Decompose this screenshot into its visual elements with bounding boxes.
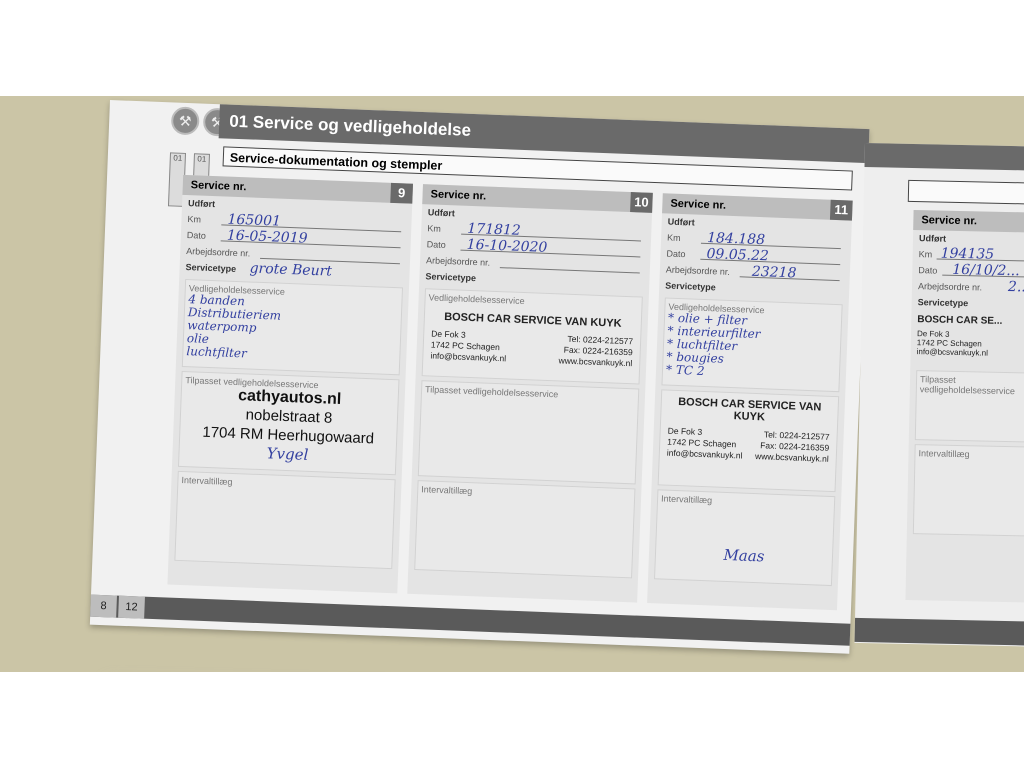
adapted-maintenance-field: Tilpasset vedligeholdelsesservice [418, 380, 640, 484]
service-nr-label: Service nr. [670, 198, 726, 212]
service-card-10: Service nr.10 Udført Km171812 Dato16-10-… [407, 184, 653, 603]
field-label: Intervaltillæg [661, 493, 831, 510]
udfort-label: Udført [188, 198, 215, 209]
field-label: Tilpasset vedligeholdelsesservice [920, 374, 1024, 396]
field-label: Intervaltillæg [918, 448, 1024, 460]
service-nr-label: Service nr. [921, 214, 977, 227]
service-card-11: Service nr.11 Udført Km184.188 Dato09.05… [647, 193, 853, 610]
km-label: Km [187, 214, 201, 225]
servicetype-label: Servicetype [918, 297, 969, 308]
service-nr-label: Service nr. [430, 188, 486, 202]
work-order-label: Arbejdsordre nr. [426, 255, 490, 267]
interval-field: Intervaltillæg [174, 471, 395, 569]
dealer-stamp: BOSCH CAR SERVICE VAN KUYK De Fok 31742 … [426, 310, 638, 369]
page-number: 12 [118, 596, 145, 619]
date-label: Dato [666, 248, 685, 259]
field-label: Intervaltillæg [181, 475, 391, 493]
stamp-email: info@bcsvankuyk.nl [430, 350, 506, 364]
udfort-label: Udført [428, 207, 455, 218]
adapted-maintenance-field: Tilpasset vedligeholdelsesservice cathya… [178, 371, 400, 475]
service-card-9: Service nr.9 Udført Km165001 Dato16-05-2… [167, 175, 413, 594]
date-label: Dato [427, 239, 446, 250]
maintenance-field: Vedligeholdelsesservice BOSCH CAR SERVIC… [422, 288, 643, 384]
interval-field: Intervaltillæg Maas [654, 489, 835, 586]
stamp-web: www.bcsvankuyk.nl [558, 355, 632, 369]
stamp-name: BOSCH CAR SERVICE VAN KUYK [664, 396, 835, 427]
udfort-label: Udført [919, 233, 946, 244]
work-order-value: 23218 [752, 264, 797, 282]
date-label: Dato [918, 265, 937, 275]
date-value: 16-10-2020 [466, 237, 547, 256]
stamp-name: BOSCH CAR SE... [917, 314, 1024, 328]
date-label: Dato [187, 230, 206, 241]
km-label: Km [919, 249, 933, 259]
booklet-left-page: ⚒ ⚒ 01 Service og vedligeholdelse Servic… [90, 100, 870, 654]
adapted-maintenance-field: Tilpasset vedligeholdelsesservice [915, 370, 1024, 442]
maintenance-field: Vedligeholdelsesservice 4 banden Distrib… [182, 279, 403, 375]
work-order-label: Arbejdsordre nr. [666, 264, 730, 276]
service-number: 11 [830, 200, 853, 221]
work-order-value: 2... [1008, 279, 1024, 295]
km-value: 194135 [941, 246, 995, 263]
maintenance-field: Vedligeholdelsesservice * olie + filter … [661, 297, 842, 392]
udfort-label: Udført [668, 217, 695, 228]
interval-field: Intervaltillæg [414, 480, 635, 578]
stamp-email: info@bcsvankuyk.nl [917, 347, 1024, 359]
service-nr-label: Service nr. [191, 179, 247, 193]
date-value: 16/10/2... [952, 262, 1020, 279]
work-order-label: Arbejdsordre nr. [186, 246, 250, 258]
stamp-name: BOSCH CAR SERVICE VAN KUYK [428, 310, 638, 330]
km-label: Km [667, 232, 681, 243]
service-number: 9 [390, 183, 413, 204]
signature: Maas [659, 543, 830, 568]
booklet-right-page: Service nr. Udført Km194135 Dato16/10/2.… [855, 143, 1024, 646]
date-value: 16-05-2019 [227, 228, 308, 247]
servicetype-label: Servicetype [665, 280, 716, 292]
stamp-web: www.bcsvankuyk.nl [755, 451, 829, 465]
wrench-icon: ⚒ [171, 106, 200, 135]
interval-field: Intervaltillæg [913, 444, 1024, 536]
dealer-stamp: BOSCH CAR SERVICE VAN KUYK De Fok 31742 … [663, 396, 835, 465]
dealer-stamp: BOSCH CAR SE... De Fok 3 1742 PC Schagen… [911, 314, 1024, 359]
page-number: 8 [90, 595, 117, 618]
adapted-maintenance-field: BOSCH CAR SERVICE VAN KUYK De Fok 31742 … [658, 389, 840, 492]
servicetype-value: grote Beurt [249, 260, 332, 279]
service-card-12: Service nr. Udført Km194135 Dato16/10/2.… [905, 210, 1024, 603]
field-label: Vedligeholdelsesservice [428, 292, 638, 310]
field-label: Intervaltillæg [421, 484, 631, 502]
servicetype-label: Servicetype [425, 271, 476, 283]
date-value: 09.05.22 [706, 246, 769, 264]
stamp-email: info@bcsvankuyk.nl [667, 448, 743, 462]
service-number: 10 [630, 192, 653, 213]
km-label: Km [427, 223, 441, 234]
dealer-stamp: cathyautos.nl nobelstraat 8 1704 RM Heer… [183, 385, 395, 449]
servicetype-label: Servicetype [185, 262, 236, 274]
field-label: Tilpasset vedligeholdelsesservice [425, 384, 635, 402]
work-order-label: Arbejdsordre nr. [918, 281, 982, 292]
